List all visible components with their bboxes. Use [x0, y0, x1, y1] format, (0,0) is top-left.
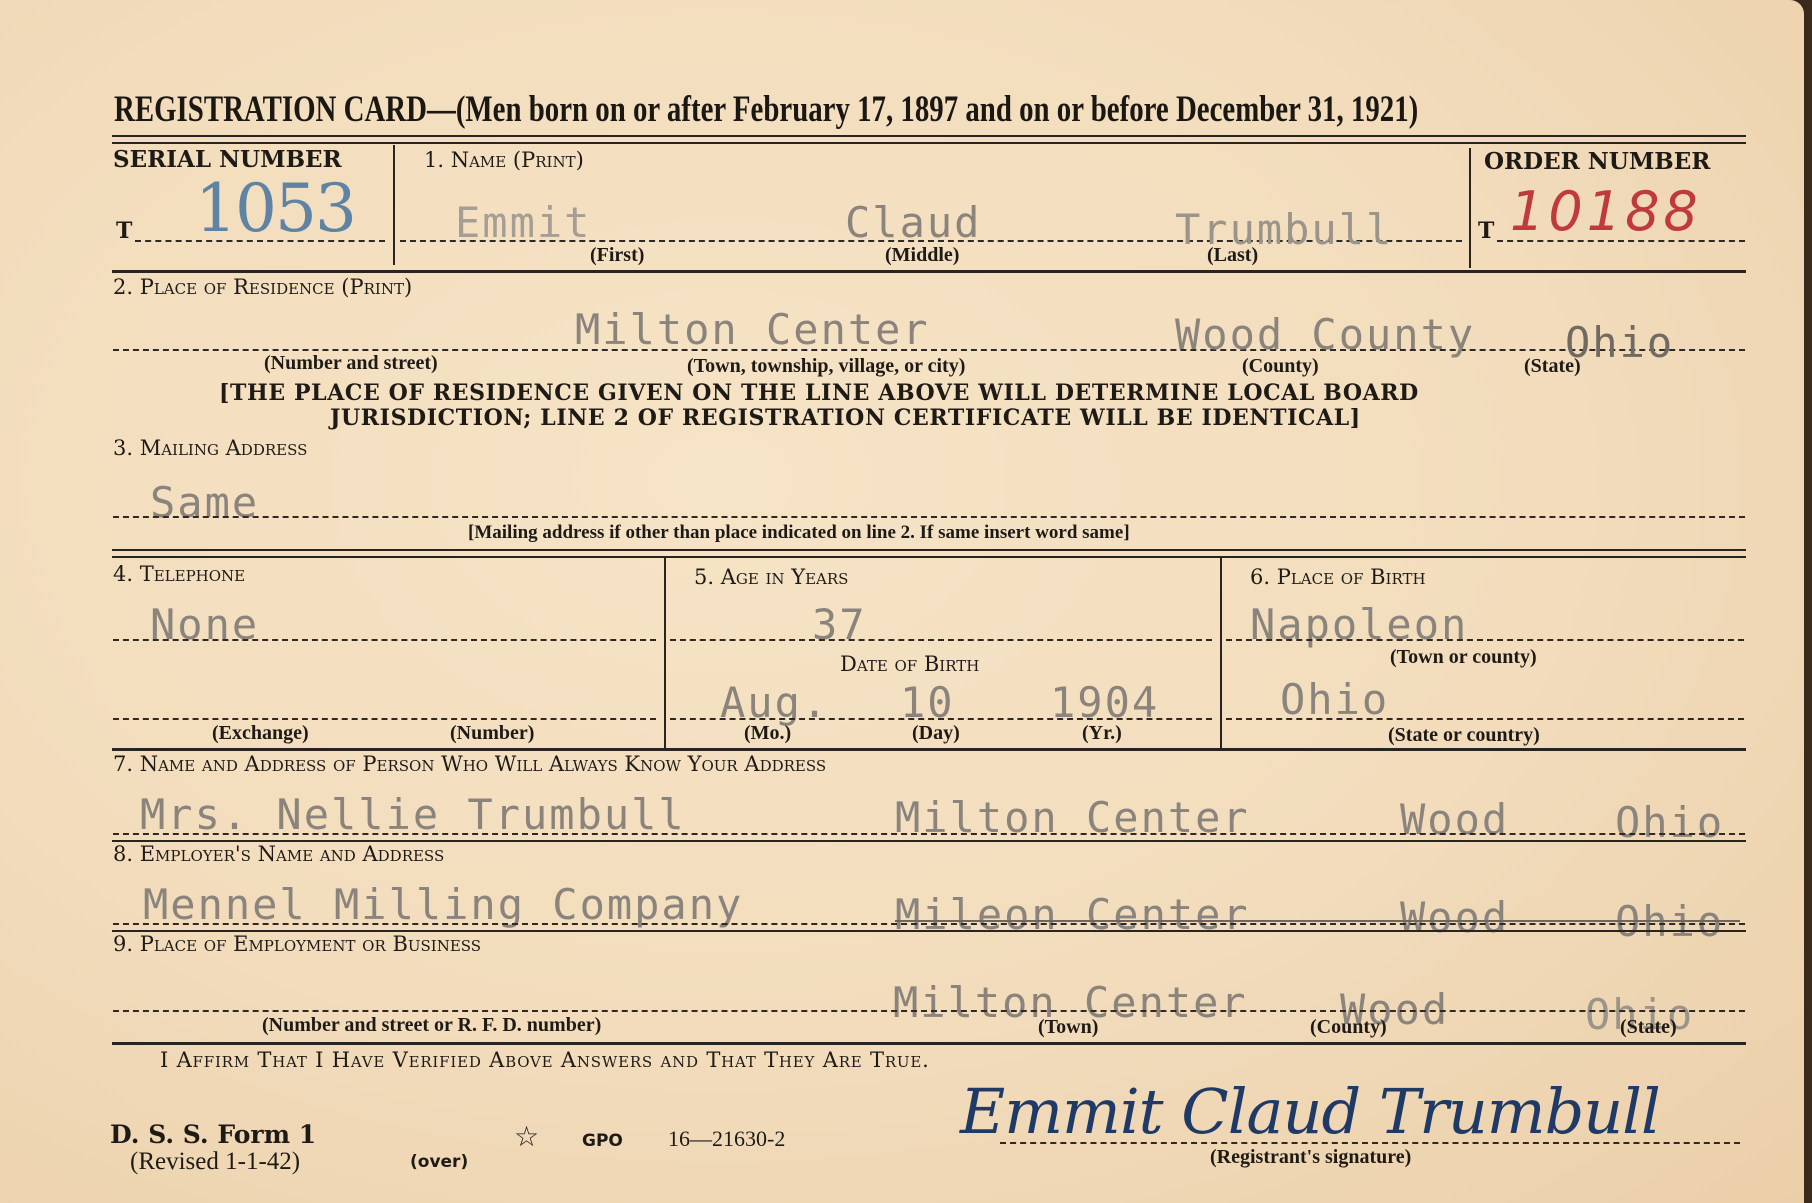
rule-row-2 — [112, 270, 1746, 273]
signature-caption: (Registrant's signature) — [1210, 1146, 1411, 1169]
rule-row-7 — [112, 748, 1746, 751]
serial-number-value: 1053 — [195, 170, 355, 247]
employer-label: 8. Employer's Name and Address — [113, 842, 444, 866]
divider-5-6 — [1220, 558, 1222, 748]
name-label: 1. Name (Print) — [424, 148, 584, 172]
birthplace-label: 6. Place of Birth — [1250, 565, 1426, 589]
birthplace-town-caption: (Town or county) — [1390, 646, 1537, 669]
mailing-label: 3. Mailing Address — [113, 436, 307, 460]
employer-address-strikethrough — [895, 920, 1740, 922]
contact-label: 7. Name and Address of Person Who Will A… — [113, 752, 826, 776]
card-title: REGISTRATION CARD—(Men born on or after … — [114, 88, 1418, 131]
residence-town: Milton Center — [575, 305, 930, 354]
gpo-mark: GPO — [582, 1131, 623, 1151]
dob-label: Date of Birth — [840, 652, 979, 676]
birthplace-state: Ohio — [1280, 675, 1389, 724]
dob-month-caption: (Mo.) — [744, 722, 791, 745]
name-middle: Claud — [845, 198, 981, 247]
telephone-exchange-caption: (Exchange) — [212, 722, 309, 745]
name-last-caption: (Last) — [1207, 244, 1258, 267]
birthplace-state-line — [1226, 718, 1744, 720]
birthplace-town-line — [1226, 639, 1744, 641]
birthplace-state-caption: (State or country) — [1388, 724, 1540, 747]
order-number-label: ORDER NUMBER — [1484, 148, 1710, 175]
birthplace-town: Napoleon — [1250, 600, 1468, 649]
telephone-number-caption: (Number) — [450, 722, 534, 745]
registrant-signature: Emmit Claud Trumbull — [960, 1075, 1660, 1148]
residence-state-caption: (State) — [1524, 355, 1581, 378]
order-prefix: T — [1478, 218, 1494, 244]
residence-street-caption: (Number and street) — [264, 352, 438, 375]
residence-notice-line2: JURISDICTION; LINE 2 OF REGISTRATION CER… — [330, 405, 1361, 431]
serial-prefix: T — [116, 218, 132, 244]
telephone-value: None — [150, 600, 259, 649]
contact-line — [113, 833, 1745, 835]
telephone-label: 4. Telephone — [113, 562, 245, 586]
mailing-line — [113, 516, 1745, 518]
form-revised: (Revised 1-1-42) — [130, 1148, 300, 1176]
dob-year-caption: (Yr.) — [1082, 722, 1122, 745]
residence-county: Wood County — [1175, 310, 1475, 359]
star-icon: ☆ — [514, 1120, 539, 1153]
employment-line — [113, 1010, 1745, 1012]
form-number: D. S. S. Form 1 — [110, 1120, 316, 1149]
over-note: (over) — [410, 1152, 468, 1172]
telephone-line-2 — [113, 718, 656, 720]
name-middle-caption: (Middle) — [885, 244, 959, 267]
name-first: Emmit — [455, 198, 591, 247]
rule-top-1 — [112, 135, 1746, 137]
telephone-line-1 — [113, 639, 656, 641]
rule-affirm — [112, 1042, 1746, 1045]
employer-line — [113, 923, 1745, 925]
order-number-value: 10188 — [1510, 180, 1702, 243]
signature-line — [1000, 1142, 1740, 1144]
residence-town-caption: (Town, township, village, or city) — [687, 355, 965, 378]
dob-line — [670, 718, 1212, 720]
residence-notice-line1: [THE PLACE OF RESIDENCE GIVEN ON THE LIN… — [219, 380, 1419, 406]
name-first-caption: (First) — [590, 244, 644, 267]
employment-street-caption: (Number and street or R. F. D. number) — [262, 1014, 601, 1037]
registration-card: REGISTRATION CARD—(Men born on or after … — [0, 0, 1804, 1203]
affirmation-text: I Affirm That I Have Verified Above Answ… — [160, 1048, 930, 1072]
residence-label: 2. Place of Residence (Print) — [113, 275, 412, 299]
dob-day-caption: (Day) — [912, 722, 960, 745]
rule-top-2 — [112, 142, 1746, 144]
rule-row-4-b — [112, 556, 1746, 558]
employer-county: Wood — [1400, 893, 1509, 942]
serial-divider — [393, 145, 395, 265]
divider-4-5 — [664, 558, 666, 748]
employment-town-caption: (Town) — [1038, 1016, 1098, 1039]
employment-county-caption: (County) — [1310, 1016, 1387, 1039]
age-line — [670, 639, 1212, 641]
employment-state-caption: (State) — [1620, 1016, 1677, 1039]
age-value: 37 — [812, 600, 867, 649]
order-divider — [1469, 148, 1471, 268]
residence-county-caption: (County) — [1242, 355, 1319, 378]
mailing-caption: [Mailing address if other than place ind… — [468, 522, 1130, 544]
employment-label: 9. Place of Employment or Business — [113, 932, 481, 956]
employer-name: Mennel Milling Company — [143, 880, 743, 929]
rule-row-4-a — [112, 549, 1746, 551]
mailing-value: Same — [150, 478, 259, 527]
age-label: 5. Age in Years — [694, 565, 848, 589]
serial-number-label: SERIAL NUMBER — [113, 146, 342, 173]
contact-county: Wood — [1400, 795, 1509, 844]
residence-state: Ohio — [1565, 318, 1674, 367]
contact-name: Mrs. Nellie Trumbull — [140, 790, 686, 839]
gpo-code: 16—21630-2 — [668, 1126, 785, 1152]
